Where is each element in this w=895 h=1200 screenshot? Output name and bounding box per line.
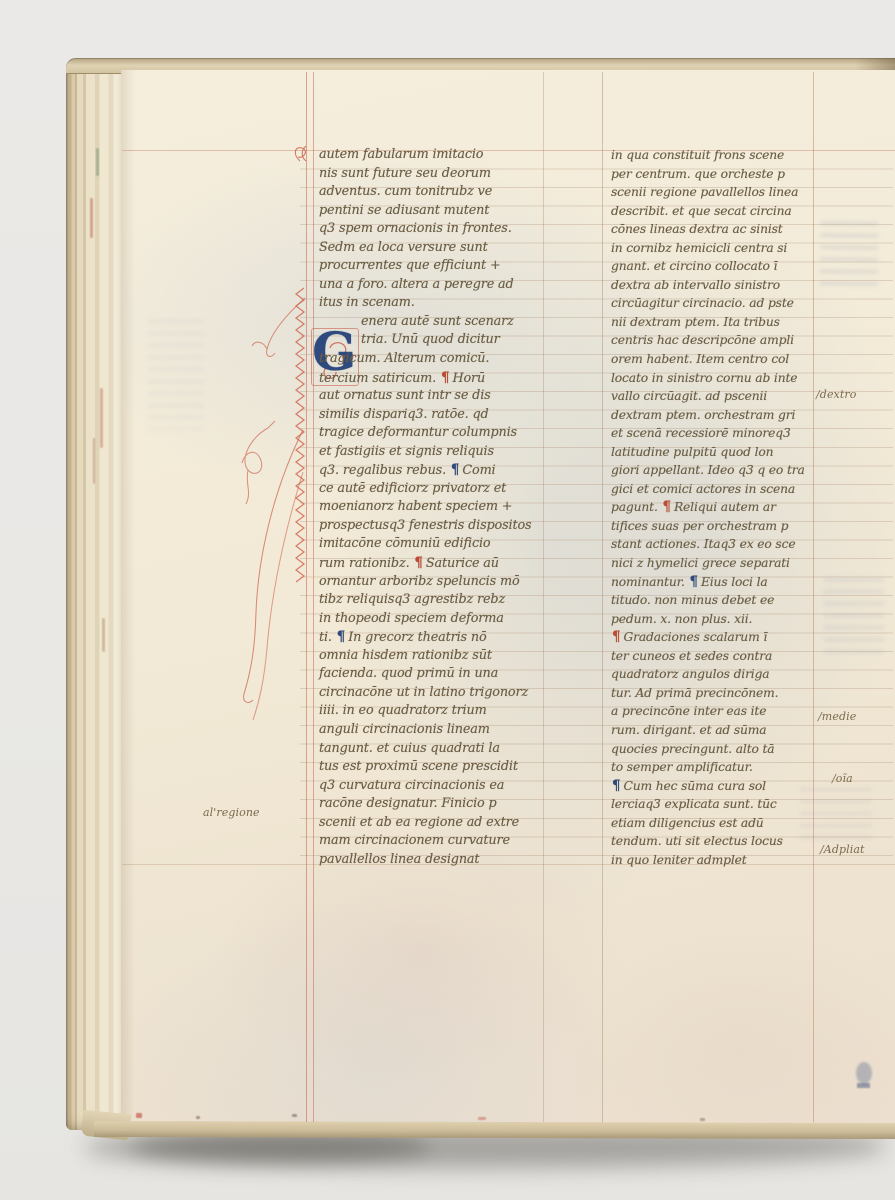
manuscript-line: omnia hisdem rationibz sūt bbox=[319, 647, 549, 666]
manuscript-line: titudo. non minus debet ee bbox=[611, 591, 817, 610]
manuscript-line: rum rationibz. ¶Saturice aū bbox=[319, 554, 549, 573]
margin-note-adpliat: /Adpliat bbox=[820, 843, 865, 856]
manuscript-line: moenianorz habent speciem + bbox=[319, 498, 549, 517]
manuscript-line: ¶Cum hec sūma cura sol bbox=[611, 777, 817, 796]
edge-fleck bbox=[96, 148, 99, 176]
manuscript-line: q3 spem ornacionis in frontes. bbox=[319, 220, 549, 239]
pigment-speck bbox=[700, 1118, 705, 1121]
ink-bleed-ghost bbox=[820, 222, 879, 295]
manuscript-line: nii dextram ptem. Ita tribus bbox=[611, 313, 817, 332]
manuscript-line: tragice deformantur columpnis bbox=[319, 424, 549, 443]
manuscript-line: gici et comici actores in scena bbox=[611, 480, 817, 499]
manuscript-line: q3. regalibus rebus. ¶Comi bbox=[319, 461, 549, 480]
manuscript-line: ce autē edificiorz privatorz et bbox=[319, 480, 549, 499]
pigment-speck bbox=[136, 1113, 142, 1118]
manuscript-line: aut ornatus sunt intr se dis bbox=[319, 387, 549, 406]
manuscript-line: rum. dirigant. et ad sūma bbox=[611, 721, 817, 740]
manuscript-line: tragicum. Alterum comicū. bbox=[319, 350, 549, 369]
manuscript-line: latitudine pulpitū quod lon bbox=[611, 443, 817, 462]
manuscript-line: dextra ab intervallo sinistro bbox=[611, 276, 817, 295]
left-text-column: autem fabularum imitacionis sunt future … bbox=[319, 146, 549, 869]
manuscript-line: in quo leniter admplet bbox=[611, 851, 817, 870]
book-fore-edge bbox=[66, 58, 122, 1130]
ink-stamp-blot bbox=[856, 1062, 872, 1084]
manuscript-line: pentini se adiusant mutent bbox=[319, 202, 549, 221]
manuscript-line: circinacōne ut in latino trigonorz bbox=[319, 684, 549, 703]
manuscript-line: to semper amplificatur. bbox=[611, 758, 817, 777]
manuscript-line: autem fabularum imitacio bbox=[319, 146, 549, 165]
manuscript-line: nis sunt future seu deorum bbox=[319, 165, 549, 184]
manuscript-line: quocies precingunt. alto tā bbox=[611, 740, 817, 759]
manuscript-line: in qua constituit frons scene bbox=[611, 146, 817, 165]
margin-note-left: al'regione bbox=[203, 806, 260, 819]
manuscript-line: tibz reliquisq3 agrestibz rebz bbox=[319, 591, 549, 610]
manuscript-line: mam circinacionem curvature bbox=[319, 832, 549, 851]
manuscript-line: tifices suas per orchestram p bbox=[611, 517, 817, 536]
margin-note-medie: /medie bbox=[818, 710, 856, 723]
manuscript-line: nominantur. ¶Eius loci la bbox=[611, 573, 817, 592]
manuscript-line: et scenā recessiorē minoreq3 bbox=[611, 424, 817, 443]
manuscript-line: itus in scenam. bbox=[319, 294, 549, 313]
manuscript-line: circūagitur circinacio. ad pste bbox=[611, 294, 817, 313]
manuscript-line: similis dispariq3. ratōe. qd bbox=[319, 406, 549, 425]
manuscript-line: tur. Ad primā precincōnem. bbox=[611, 684, 817, 703]
manuscript-line: enera autē sunt scenarz bbox=[319, 313, 549, 332]
red-pilcrow: ¶ bbox=[414, 555, 422, 571]
manuscript-line: stant actiones. Itaq3 ex eo sce bbox=[611, 535, 817, 554]
blue-pilcrow: ¶ bbox=[690, 574, 698, 590]
manuscript-line: cōnes lineas dextra ac sinist bbox=[611, 220, 817, 239]
manuscript-line: scenii regione pavallellos linea bbox=[611, 183, 817, 202]
manuscript-line: in thopeodi speciem deforma bbox=[319, 610, 549, 629]
manuscript-line: pedum. x. non plus. xii. bbox=[611, 610, 817, 629]
manuscript-line: iiii. in eo quadratorz trium bbox=[319, 702, 549, 721]
manuscript-line: racōne designatur. Finicio p bbox=[319, 795, 549, 814]
right-text-column: in qua constituit frons sceneper centrum… bbox=[611, 146, 817, 869]
book-bottom-edge bbox=[94, 1121, 895, 1139]
red-pilcrow: ¶ bbox=[612, 629, 620, 645]
manuscript-line: prospectusq3 fenestris dispositos bbox=[319, 517, 549, 536]
blue-pilcrow: ¶ bbox=[612, 778, 620, 794]
manuscript-line: ornantur arboribz speluncis mō bbox=[319, 573, 549, 592]
manuscript-line: procurrentes que efficiunt + bbox=[319, 257, 549, 276]
manuscript-line: a precincōne inter eas ite bbox=[611, 702, 817, 721]
manuscript-line: centris hac descripcōne ampli bbox=[611, 331, 817, 350]
manuscript-line: gnant. et circino collocato ī bbox=[611, 257, 817, 276]
manuscript-line: in cornibz hemicicli centra si bbox=[611, 239, 817, 258]
edge-fleck bbox=[90, 198, 93, 238]
manuscript-line: ti. ¶In grecorz theatris nō bbox=[319, 628, 549, 647]
manuscript-line: anguli circinacionis lineam bbox=[319, 721, 549, 740]
manuscript-line: ter cuneos et sedes contra bbox=[611, 647, 817, 666]
manuscript-line: describit. et que secat circina bbox=[611, 202, 817, 221]
manuscript-line: tria. Unū quod dicitur bbox=[319, 331, 549, 350]
manuscript-line: pagunt. ¶Reliqui autem ar bbox=[611, 498, 817, 517]
blue-pilcrow: ¶ bbox=[337, 629, 345, 645]
manuscript-line: facienda. quod primū in una bbox=[319, 665, 549, 684]
manuscript-line: Sedm ea loca versure sunt bbox=[319, 239, 549, 258]
manuscript-line: per centrum. que orcheste p bbox=[611, 165, 817, 184]
pigment-speck bbox=[196, 1116, 200, 1119]
manuscript-line: tus est proximū scene prescidit bbox=[319, 758, 549, 777]
ink-bleed-ghost bbox=[148, 320, 204, 430]
pigment-speck bbox=[478, 1117, 486, 1120]
manuscript-line: q3 curvatura circinacionis ea bbox=[319, 777, 549, 796]
manuscript-line: tercium satiricum. ¶Horū bbox=[319, 369, 549, 388]
pigment-speck bbox=[292, 1114, 297, 1117]
manuscript-line: vallo circūagit. ad pscenii bbox=[611, 387, 817, 406]
manuscript-line: tangunt. et cuius quadrati la bbox=[319, 740, 549, 759]
manuscript-line: pavallellos linea designat bbox=[319, 851, 549, 870]
manuscript-line: lerciaq3 explicata sunt. tūc bbox=[611, 795, 817, 814]
manuscript-line: etiam diligencius est adū bbox=[611, 814, 817, 833]
edge-fleck bbox=[100, 388, 103, 448]
manuscript-line: imitacōne cōmuniū edificio bbox=[319, 535, 549, 554]
red-pilcrow: ¶ bbox=[662, 499, 670, 515]
manuscript-line: scenii et ab ea regione ad extre bbox=[319, 814, 549, 833]
manuscript-line: dextram ptem. orchestram gri bbox=[611, 406, 817, 425]
manuscript-line: locato in sinistro cornu ab inte bbox=[611, 369, 817, 388]
manuscript-line: ¶Gradaciones scalarum ī bbox=[611, 628, 817, 647]
manuscript-line: tendum. uti sit electus locus bbox=[611, 832, 817, 851]
manuscript-line: et fastigiis et signis reliquis bbox=[319, 443, 549, 462]
manuscript-line: adventus. cum tonitrubz ve bbox=[319, 183, 549, 202]
manuscript-line: nici z hymelici grece separati bbox=[611, 554, 817, 573]
manuscript-line: orem habent. Item centro col bbox=[611, 350, 817, 369]
edge-fleck bbox=[93, 438, 95, 484]
margin-note-dextro: /dextro bbox=[816, 388, 856, 401]
margin-note-oia: /oĩa bbox=[832, 772, 853, 785]
blue-pilcrow: ¶ bbox=[451, 462, 459, 478]
edge-fleck bbox=[102, 618, 105, 652]
manuscript-line: una a foro. altera a peregre ad bbox=[319, 276, 549, 295]
photo-background: G autem fabularum imitacionis sunt futur… bbox=[0, 0, 895, 1200]
manuscript-line: giori appellant. Ideo q3 q eo tra bbox=[611, 461, 817, 480]
red-pilcrow: ¶ bbox=[441, 370, 449, 386]
ink-bleed-ghost bbox=[824, 578, 884, 662]
ink-stamp-blot-base bbox=[857, 1083, 870, 1088]
manuscript-line: quadratorz angulos diriga bbox=[611, 665, 817, 684]
